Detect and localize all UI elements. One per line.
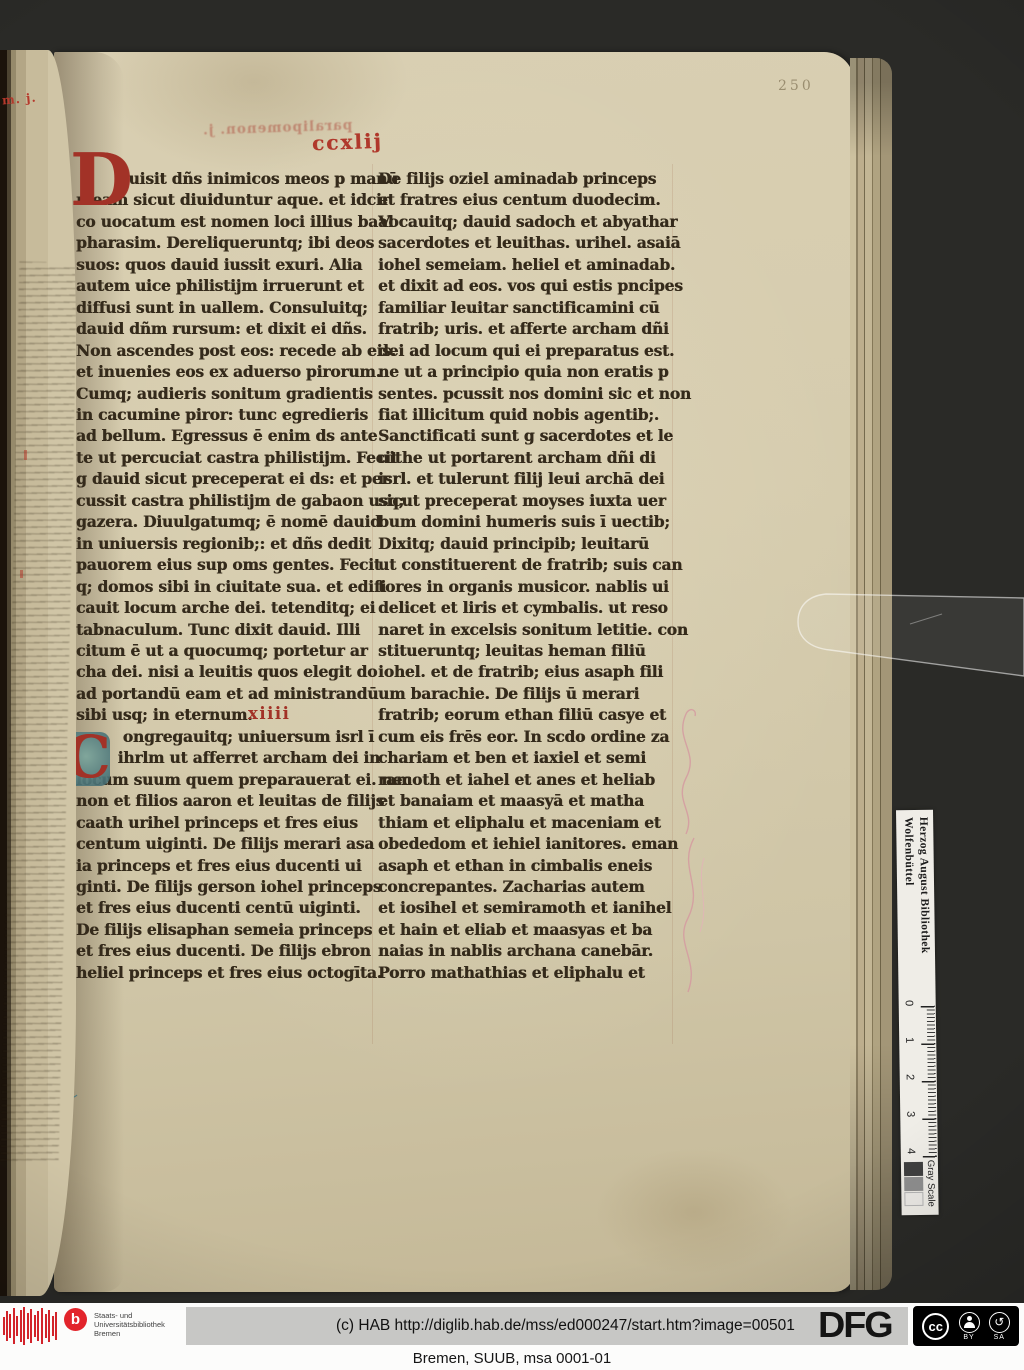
footer-credit-bar: b Staats- und Universitätsbibliothek Bre… (0, 1303, 1024, 1370)
pink-marginal-flourish-icon (652, 708, 722, 1008)
copyright-text: (c) HAB http://diglib.hab.de/mss/ed00024… (336, 1317, 795, 1335)
red-rubric-fragment (20, 570, 23, 578)
cc-sa-label: SA (994, 1334, 1005, 1341)
left-text-column: iuisit dñs inimicos meos p manū meam sic… (76, 168, 411, 983)
bremen-library-line2: Universitätsbibliothek (94, 1320, 165, 1329)
ruler-institution-line2: Wolfenbüttel (902, 817, 915, 886)
cc-by-person-icon (959, 1312, 980, 1333)
bremen-library-name: Staats- und Universitätsbibliothek Breme… (94, 1311, 165, 1338)
ruler-tick-label: 3 (904, 1111, 916, 1117)
cc-by-label: BY (963, 1334, 974, 1341)
dfg-logo: DFG (818, 1304, 892, 1346)
ruler-institution-line1: Herzog August Bibliothek (917, 817, 931, 954)
bremen-b-logo: b (64, 1308, 87, 1331)
gray-scale-label: Gray Scale (925, 1160, 937, 1207)
previous-leaves-fore-edge: m. j. (0, 50, 76, 1296)
cc-by-sa-badge: cc BY ↺ SA (912, 1305, 1020, 1347)
folio-number: 250 (778, 78, 814, 94)
bremen-barcode-logo-icon (2, 1306, 58, 1346)
quire-signature-label: m. j. (1, 91, 37, 108)
ruler-cm-ticks (921, 1006, 937, 1158)
showthrough-text-texture (1, 261, 76, 1162)
ruler-tick-label: 2 (904, 1074, 916, 1080)
shelfmark-caption: Bremen, SUUB, msa 0001-01 (0, 1350, 1024, 1367)
ruler-institution-label: Herzog August Bibliothek Wolfenbüttel (900, 817, 932, 954)
red-chapter-heading: ccxlij (312, 129, 384, 155)
bremen-library-line1: Staats- und (94, 1311, 132, 1320)
cc-sa-group: ↺ SA (989, 1312, 1010, 1341)
cc-by-group: BY (959, 1312, 980, 1341)
manuscript-page: paralipomenon. j. ccxlij 250 iuisit dñs … (54, 52, 854, 1292)
page-holder-strip (790, 582, 1024, 686)
grayscale-ruler: Herzog August Bibliothek Wolfenbüttel 0 … (896, 810, 939, 1215)
photo-background: paralipomenon. j. ccxlij 250 iuisit dñs … (0, 0, 1024, 1303)
ruler-tick-label: 0 (903, 1000, 915, 1006)
copyright-strip: (c) HAB http://diglib.hab.de/mss/ed00024… (186, 1307, 908, 1345)
right-text-column: De filijs oziel aminadab princeps et fra… (378, 168, 691, 983)
gray-patch-mid (904, 1177, 923, 1191)
red-chapter-numeral: xiiii (248, 704, 290, 723)
bremen-library-line3: Bremen (94, 1329, 120, 1338)
cc-icon: cc (922, 1313, 949, 1340)
gray-patch-light (904, 1192, 923, 1206)
decorated-initial-d: D (70, 140, 132, 220)
red-rubric-fragment (24, 450, 27, 460)
ruler-tick-label: 4 (905, 1148, 917, 1154)
digitized-manuscript-scan: paralipomenon. j. ccxlij 250 iuisit dñs … (0, 0, 1024, 1370)
cc-sa-arrow-icon: ↺ (989, 1312, 1010, 1333)
ruler-tick-label: 1 (903, 1037, 915, 1043)
gray-patch-dark (904, 1162, 923, 1176)
